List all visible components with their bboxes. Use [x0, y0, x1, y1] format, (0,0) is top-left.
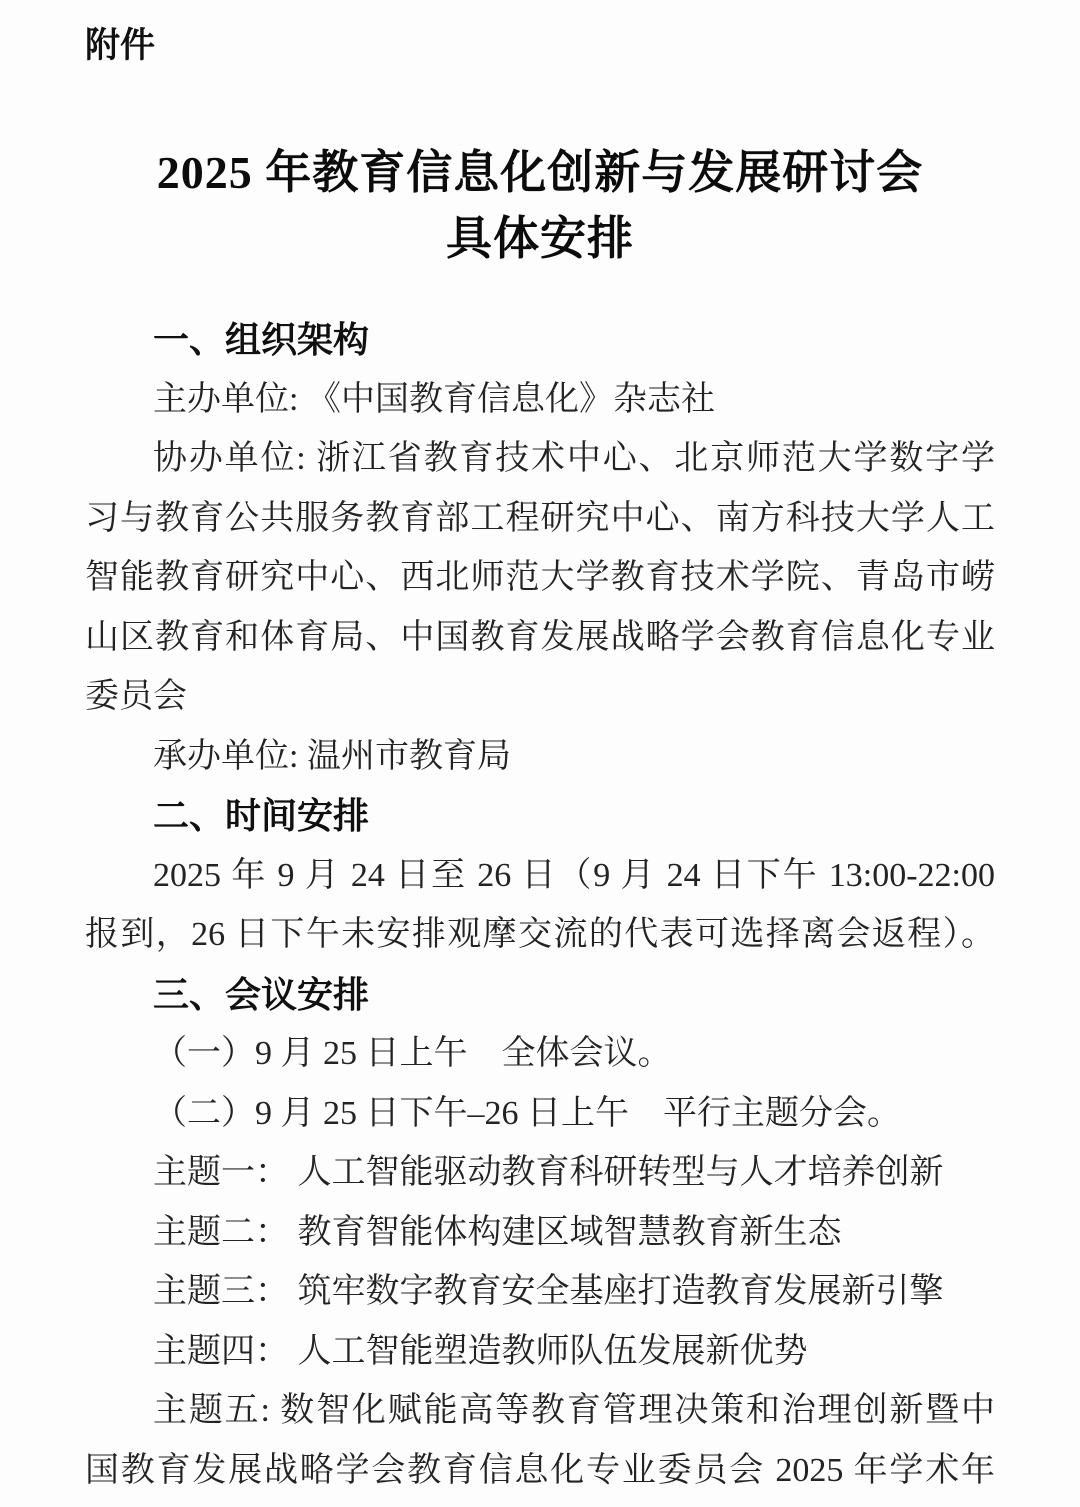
time-arrangement-line-1: 2025 年 9 月 24 日至 26 日（9 月 24 日下午 13:00-2… — [85, 846, 995, 906]
section-heading-organization: 一、组织架构 — [85, 310, 995, 370]
document-title-line-2: 具体安排 — [60, 206, 1020, 272]
topic-1-line: 主题一： 人工智能驱动教育科研转型与人才培养创新 — [85, 1143, 995, 1203]
topic-4-line: 主题四： 人工智能塑造教师队伍发展新优势 — [85, 1322, 995, 1382]
undertaker-line: 承办单位: 温州市教育局 — [85, 727, 995, 787]
document-title: 2025 年教育信息化创新与发展研讨会 具体安排 — [60, 140, 1020, 272]
co-organizer-line-1: 协办单位: 浙江省教育技术中心、北京师范大学数字学 — [85, 429, 995, 489]
topic-5-line-1: 主题五: 数智化赋能高等教育管理决策和治理创新暨中 — [85, 1381, 995, 1441]
document-page: 附件 2025 年教育信息化创新与发展研讨会 具体安排 一、组织架构 主办单位:… — [0, 0, 1080, 1507]
section-heading-schedule: 二、时间安排 — [85, 786, 995, 846]
co-organizer-line-2: 习与教育公共服务教育部工程研究中心、南方科技大学人工 — [85, 489, 995, 549]
document-body: 一、组织架构 主办单位: 《中国教育信息化》杂志社 协办单位: 浙江省教育技术中… — [85, 310, 995, 1500]
document-title-line-1: 2025 年教育信息化创新与发展研讨会 — [60, 140, 1020, 206]
section-heading-meeting: 三、会议安排 — [85, 965, 995, 1025]
co-organizer-line-3: 智能教育研究中心、西北师范大学教育技术学院、青岛市崂 — [85, 548, 995, 608]
time-arrangement-line-2: 报到，26 日下午未安排观摩交流的代表可选择离会返程）。 — [85, 905, 995, 965]
co-organizer-line-5: 委员会 — [85, 667, 995, 727]
parallel-session-line: （二）9 月 25 日下午–26 日上午 平行主题分会。 — [85, 1084, 995, 1144]
topic-3-line: 主题三： 筑牢数字教育安全基座打造教育发展新引擎 — [85, 1262, 995, 1322]
topic-5-line-2: 国教育发展战略学会教育信息化专业委员会 2025 年学术年 — [85, 1441, 995, 1501]
co-organizer-line-4: 山区教育和体育局、中国教育发展战略学会教育信息化专业 — [85, 608, 995, 668]
plenary-session-line: （一）9 月 25 日上午 全体会议。 — [85, 1024, 995, 1084]
topic-2-line: 主题二： 教育智能体构建区域智慧教育新生态 — [85, 1203, 995, 1263]
attachment-label: 附件 — [85, 22, 155, 70]
host-unit-line: 主办单位: 《中国教育信息化》杂志社 — [85, 370, 995, 430]
